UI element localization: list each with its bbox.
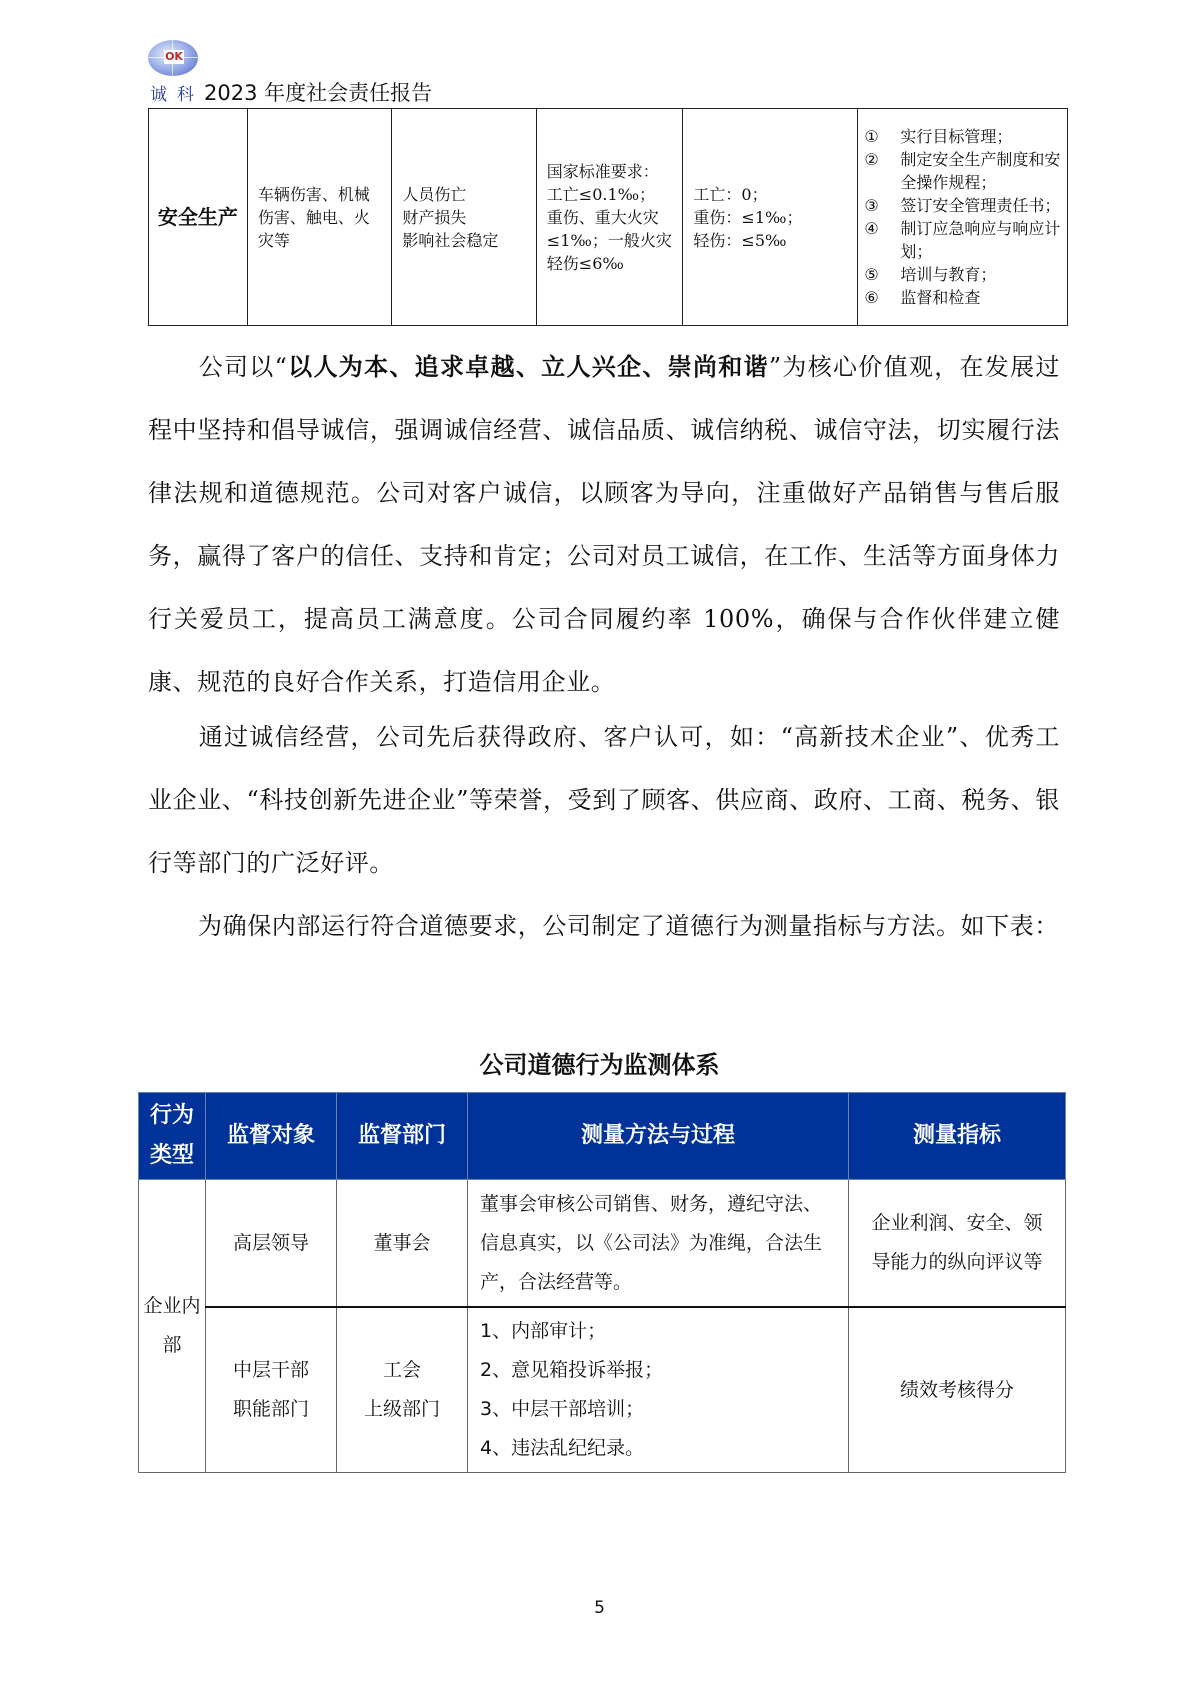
logo-mark: OK (164, 50, 184, 64)
ethics-monitoring-table: 行为类型 监督对象 监督部门 测量方法与过程 测量指标 企业内部 高层领导 董事… (138, 1092, 1066, 1473)
col-method: 测量方法与过程 (468, 1093, 849, 1180)
col-indicator: 测量指标 (849, 1093, 1066, 1180)
list-item: ②制定安全生产制度和安全操作规程； (864, 148, 1061, 194)
risk-impacts: 人员伤亡 财产损失 影响社会稳定 (392, 109, 536, 326)
list-item: ③签订安全管理责任书； (864, 194, 1061, 217)
table-title: 公司道德行为监测体系 (0, 1045, 1199, 1080)
indicator-cell: 企业利润、安全、领导能力的纵向评议等 (849, 1180, 1066, 1308)
method-cell: 1、内部审计； 2、意见箱投诉举报； 3、中层干部培训； 4、违法乱纪纪录。 (468, 1307, 849, 1473)
risk-hazards: 车辆伤害、机械伤害、触电、火灾等 (247, 109, 391, 326)
page-number: 5 (0, 1598, 1199, 1618)
col-supervised-target: 监督对象 (206, 1093, 337, 1180)
list-item: ①实行目标管理； (864, 125, 1061, 148)
paragraph-intro-table: 为确保内部运行符合道德要求，公司制定了道德行为测量指标与方法。如下表： (148, 895, 1060, 958)
table-row: 企业内部 高层领导 董事会 董事会审核公司销售、财务，遵纪守法、信息真实，以《公… (139, 1180, 1066, 1308)
behavior-type-cell: 企业内部 (139, 1180, 206, 1473)
col-supervising-dept: 监督部门 (337, 1093, 468, 1180)
measures-list: ①实行目标管理； ②制定安全生产制度和安全操作规程； ③签订安全管理责任书； ④… (864, 125, 1061, 309)
table-header-row: 行为类型 监督对象 监督部门 测量方法与过程 测量指标 (139, 1093, 1066, 1180)
department-cell: 董事会 (337, 1180, 468, 1308)
risk-targets: 工亡：0； 重伤：≤1‰； 轻伤：≤5‰ (683, 109, 858, 326)
report-title: 2023 年度社会责任报告 (204, 77, 432, 107)
target-cell: 中层干部 职能部门 (206, 1307, 337, 1473)
table-row: 安全生产 车辆伤害、机械伤害、触电、火灾等 人员伤亡 财产损失 影响社会稳定 国… (149, 109, 1068, 326)
indicator-cell: 绩效考核得分 (849, 1307, 1066, 1473)
col-behavior-type: 行为类型 (139, 1093, 206, 1180)
method-cell: 董事会审核公司销售、财务，遵纪守法、信息真实，以《公司法》为准绳，合法生产，合法… (468, 1180, 849, 1308)
list-item: ④制订应急响应与响应计划； (864, 217, 1061, 263)
risk-category: 安全生产 (149, 109, 248, 326)
table-row: 中层干部 职能部门 工会 上级部门 1、内部审计； 2、意见箱投诉举报； 3、中… (139, 1307, 1066, 1473)
risk-measures: ①实行目标管理； ②制定安全生产制度和安全操作规程； ③签订安全管理责任书； ④… (858, 109, 1068, 326)
core-values-bold: 以人为本、追求卓越、立人兴企、崇尚和谐 (287, 353, 768, 381)
paragraph-honors: 通过诚信经营，公司先后获得政府、客户认可，如：“高新技术企业”、优秀工业企业、“… (148, 706, 1060, 895)
risk-national-standard: 国家标准要求： 工亡≤0.1‰； 重伤、重大火灾≤1‰；一般火灾轻伤≤6‰ (536, 109, 683, 326)
safety-risk-table: 安全生产 车辆伤害、机械伤害、触电、火灾等 人员伤亡 财产损失 影响社会稳定 国… (148, 108, 1068, 326)
paragraph-core-values: 公司以“以人为本、追求卓越、立人兴企、崇尚和谐”为核心价值观，在发展过程中坚持和… (148, 336, 1060, 714)
department-cell: 工会 上级部门 (337, 1307, 468, 1473)
target-cell: 高层领导 (206, 1180, 337, 1308)
list-item: ⑤培训与教育； (864, 263, 1061, 286)
company-logo: OK (148, 40, 198, 76)
list-item: ⑥监督和检查 (864, 286, 1061, 309)
logo-company-name: 诚科 (150, 80, 204, 105)
